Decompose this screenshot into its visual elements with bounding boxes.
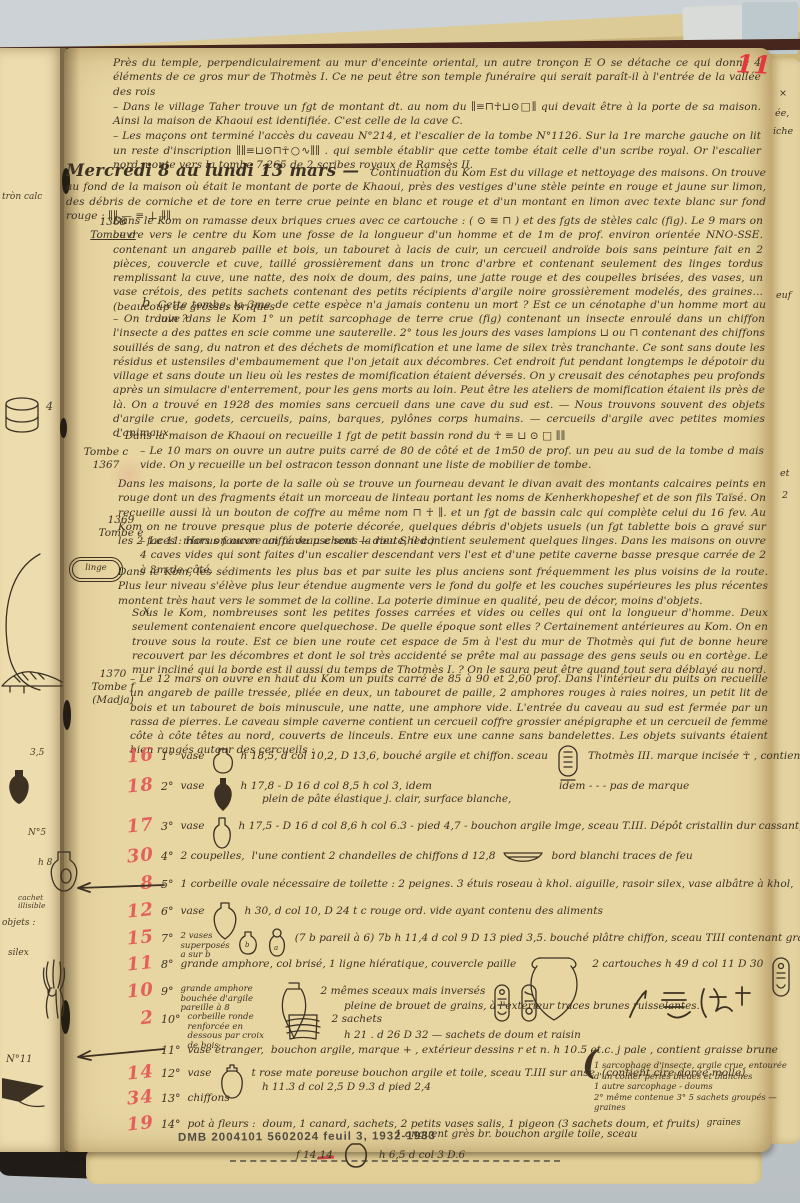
journal-paragraph: Sous le Kom, nombreuses sont les petites…	[132, 606, 768, 677]
svg-text:b: b	[245, 941, 250, 949]
dark-vase-sketch-icon	[6, 768, 32, 810]
journal-paragraph: – Le 12 mars on ouvre en haut du Kom un …	[130, 672, 768, 758]
find-number: 11	[111, 952, 155, 977]
margin-label-tomb-1367: Tombe c 1367	[76, 446, 136, 472]
facing-page-label: silex	[8, 948, 29, 958]
journal-paragraph: – Le 10 mars on ouvre un autre puits car…	[140, 444, 764, 473]
amphora-sketch-icon	[212, 776, 234, 814]
inventory-item-row: 17 3° vase h 17,5 - D 16 d col 8,6 h col…	[112, 820, 776, 842]
date-heading: Mercredi 8 au lundi 13 mars —	[66, 161, 359, 180]
svg-text:a: a	[274, 944, 278, 952]
facing-page-label: objets :	[2, 918, 35, 928]
margin-label-tomb-1370: 1370 Tombe f (Madja)	[80, 668, 146, 707]
facing-page-label: 4	[46, 400, 53, 413]
find-number: 16	[111, 744, 155, 769]
inventory-item-row: 16 1° vase h 18,5, d col 10,2, D 13,6, b…	[112, 750, 776, 772]
inventory-item-row: 11 8° grande amphore, col brisé, 1 ligne…	[112, 958, 776, 980]
brace-mark: (	[582, 1058, 598, 1069]
find-number: 34	[111, 1086, 155, 1111]
cartouche-sketch-icon	[555, 744, 581, 784]
find-number: 19	[111, 1112, 155, 1137]
jar-outline-sketch-icon	[343, 1141, 369, 1169]
find-number: 17	[111, 814, 155, 839]
vase-sketch-icon	[212, 816, 232, 852]
vase-sketch-icon	[212, 747, 234, 775]
intro-paragraph: – Dans le village Taher trouve un fgt de…	[113, 100, 761, 129]
inventory-item-row: 8 5° 1 corbeille ovale nécessaire de toi…	[112, 878, 776, 900]
facing-page-label: tròn calc	[2, 192, 42, 202]
bowl-sketch-icon	[502, 850, 544, 866]
find-number: 30	[111, 844, 155, 869]
footer-note: 1 onguent grès br. bouchon argile toile,…	[395, 1128, 637, 1140]
facing-page-label: N°11	[6, 1054, 32, 1065]
facing-page-label: N°5	[28, 828, 46, 838]
margin-label-x: x	[143, 604, 150, 617]
margin-label-tomb-1369: 1369 Tombe e	[92, 514, 150, 540]
journal-paragraph: Dans le Kom, les sédiments les plus bas …	[118, 565, 768, 608]
next-page-fragment: et	[780, 468, 789, 479]
next-page-fragment: iche	[773, 126, 793, 137]
linge-badge: linge	[72, 560, 120, 579]
hieratic-signs-sketch-icon	[618, 983, 758, 1025]
fiber-tassel-sketch-icon	[34, 958, 70, 1034]
mound-sketch-icon	[0, 664, 64, 694]
vase-b-sketch-icon: b	[237, 930, 259, 956]
margin-label-b: b	[142, 297, 150, 310]
journal-paragraph: – On trouve dans le Kom 1° un petit sarc…	[113, 312, 765, 441]
facing-page-label: h 8	[38, 858, 52, 868]
find-number: 18	[111, 774, 155, 799]
find-number: 10	[111, 979, 155, 1004]
facing-page-label: 3,5	[30, 748, 44, 758]
find-number: 2	[111, 1007, 155, 1032]
find-number: 15	[111, 926, 155, 951]
find-number: 14	[111, 1061, 155, 1086]
vase-a-sketch-icon: a	[266, 926, 288, 958]
inventory-item-row: 18 2° vase h 17,8 - D 16 d col 8,5 h col…	[112, 780, 776, 802]
journal-paragraph: – Dans la maison de Khaoui on recueille …	[116, 429, 716, 443]
facing-page-label: cachet illisible	[18, 894, 62, 910]
inventory-item-row: 15 7° 2 vases superposés a sur b b a (7 …	[112, 932, 776, 954]
margin-label-tomb-1368: 1368 Tombe d	[84, 216, 142, 242]
next-page-fragment: ×	[779, 88, 787, 99]
basket-sketch-icon	[281, 1011, 325, 1045]
binding-tear	[60, 418, 67, 438]
intro-block: Près du temple, perpendiculairement au m…	[113, 56, 761, 173]
inventory-item-row: 30 4° 2 coupelles, l'une contient 2 chan…	[112, 850, 776, 872]
next-page-fragment: ée,	[775, 108, 789, 119]
left-arrow-icon	[70, 880, 166, 894]
side-annotation: ( 1 sarcophage d'insecte, argile crue, e…	[594, 1060, 790, 1113]
page-number: 11	[735, 49, 771, 80]
footer-dimensions: f 14,14 h 6,5 d col 3 D.6	[296, 1141, 465, 1169]
inventory-item-row: 12 6° vase h 30, d col 10, D 24 t c roug…	[112, 905, 776, 927]
dark-funnel-sketch-icon	[0, 1068, 52, 1120]
intro-paragraph: Près du temple, perpendiculairement au m…	[113, 56, 761, 99]
scanned-journal-page: 11 Près du temple, perpendiculairement a…	[0, 0, 800, 1203]
left-arrow-icon	[70, 1046, 166, 1062]
next-page-fragment: 2	[782, 490, 788, 501]
cylinder-sketch-icon	[2, 396, 42, 438]
binding-tear	[63, 700, 71, 730]
find-number: 12	[111, 899, 155, 924]
next-page-fragment: euf	[776, 290, 791, 301]
